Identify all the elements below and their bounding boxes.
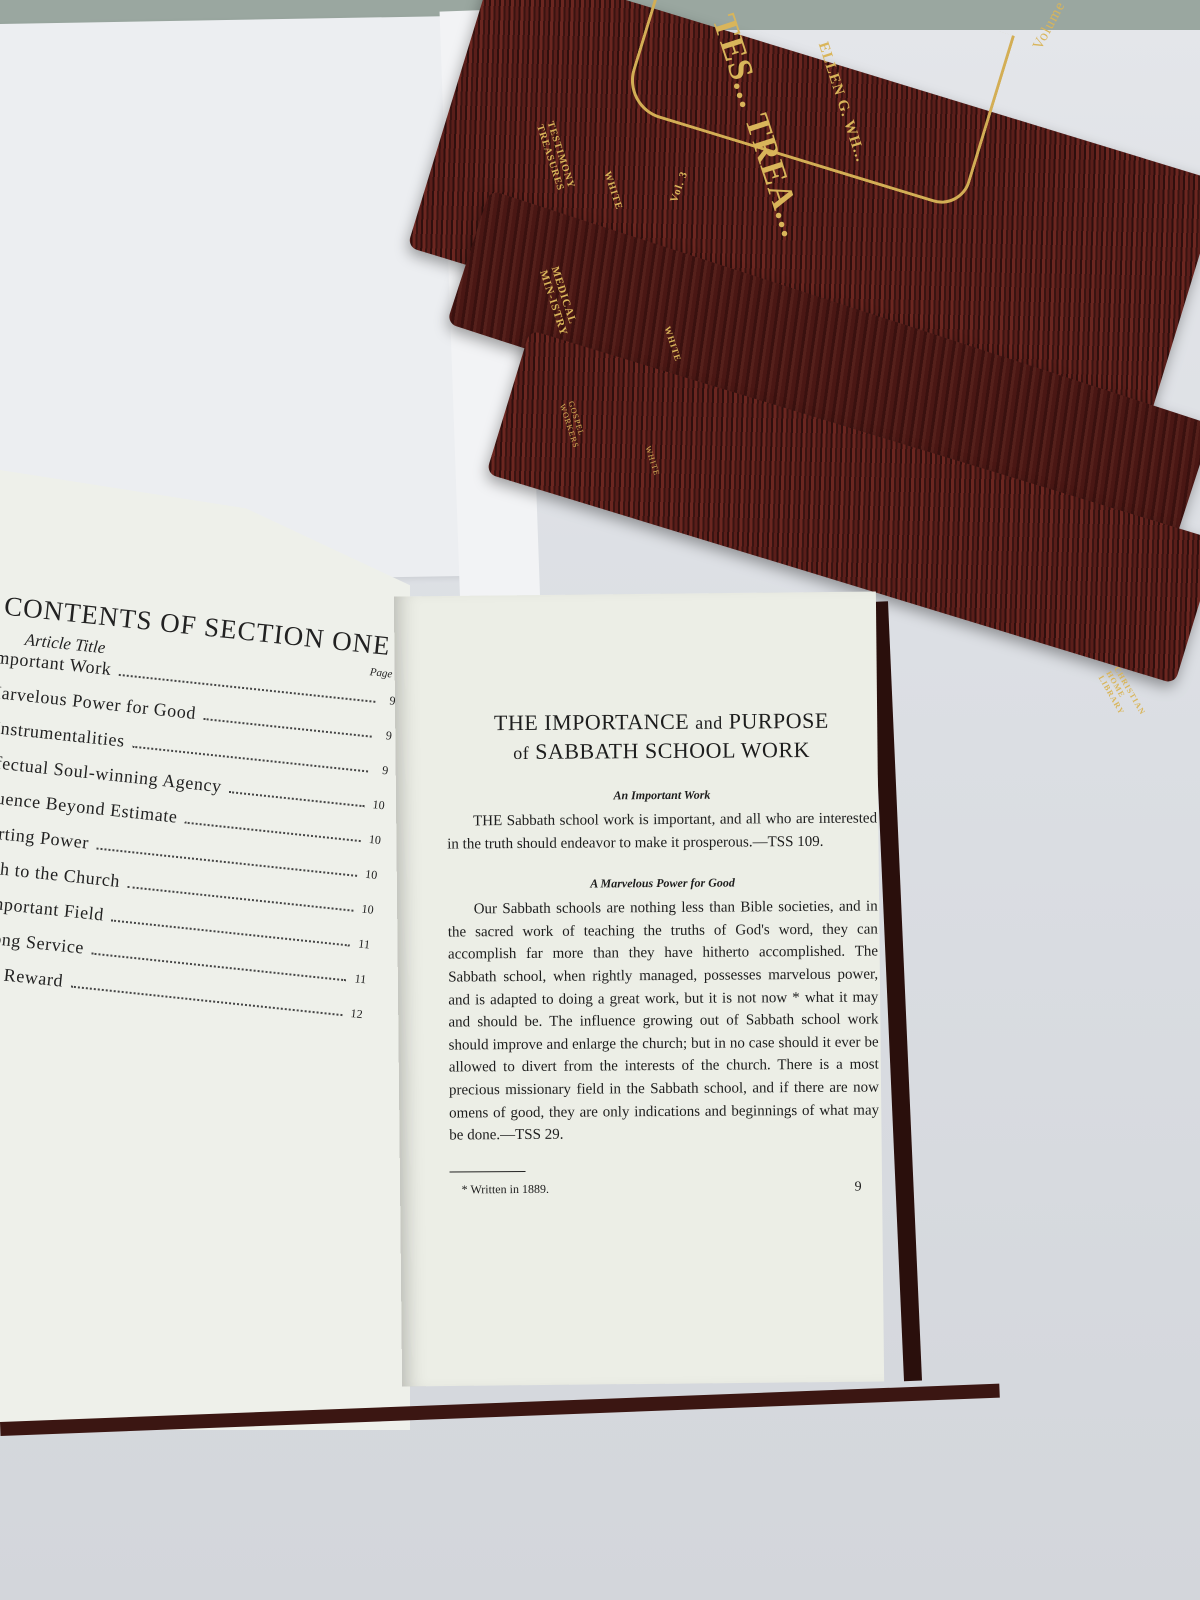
section-paragraph: THE Sabbath school work is important, an… [447,808,877,856]
footnote: * Written in 1889. [462,1182,549,1199]
chapter-title: THE IMPORTANCE and PURPOSE of SABBATH SC… [446,707,876,768]
toc-column-page: Page [368,666,393,688]
chapter-content: THE IMPORTANCE and PURPOSE of SABBATH SC… [446,707,879,1199]
section-heading: A Marvelous Power for Good [447,875,877,893]
footnote-rule [450,1171,526,1173]
section-heading: An Important Work [447,787,877,805]
spine-series: CHRISTIAN HOME LIBRARY [1097,665,1150,730]
page-number: 9 [855,1179,862,1195]
table-of-contents: CONTENTS OF SECTION ONE Article Title Pa… [0,590,403,1037]
section-paragraph: Our Sabbath schools are nothing less tha… [448,896,880,1148]
